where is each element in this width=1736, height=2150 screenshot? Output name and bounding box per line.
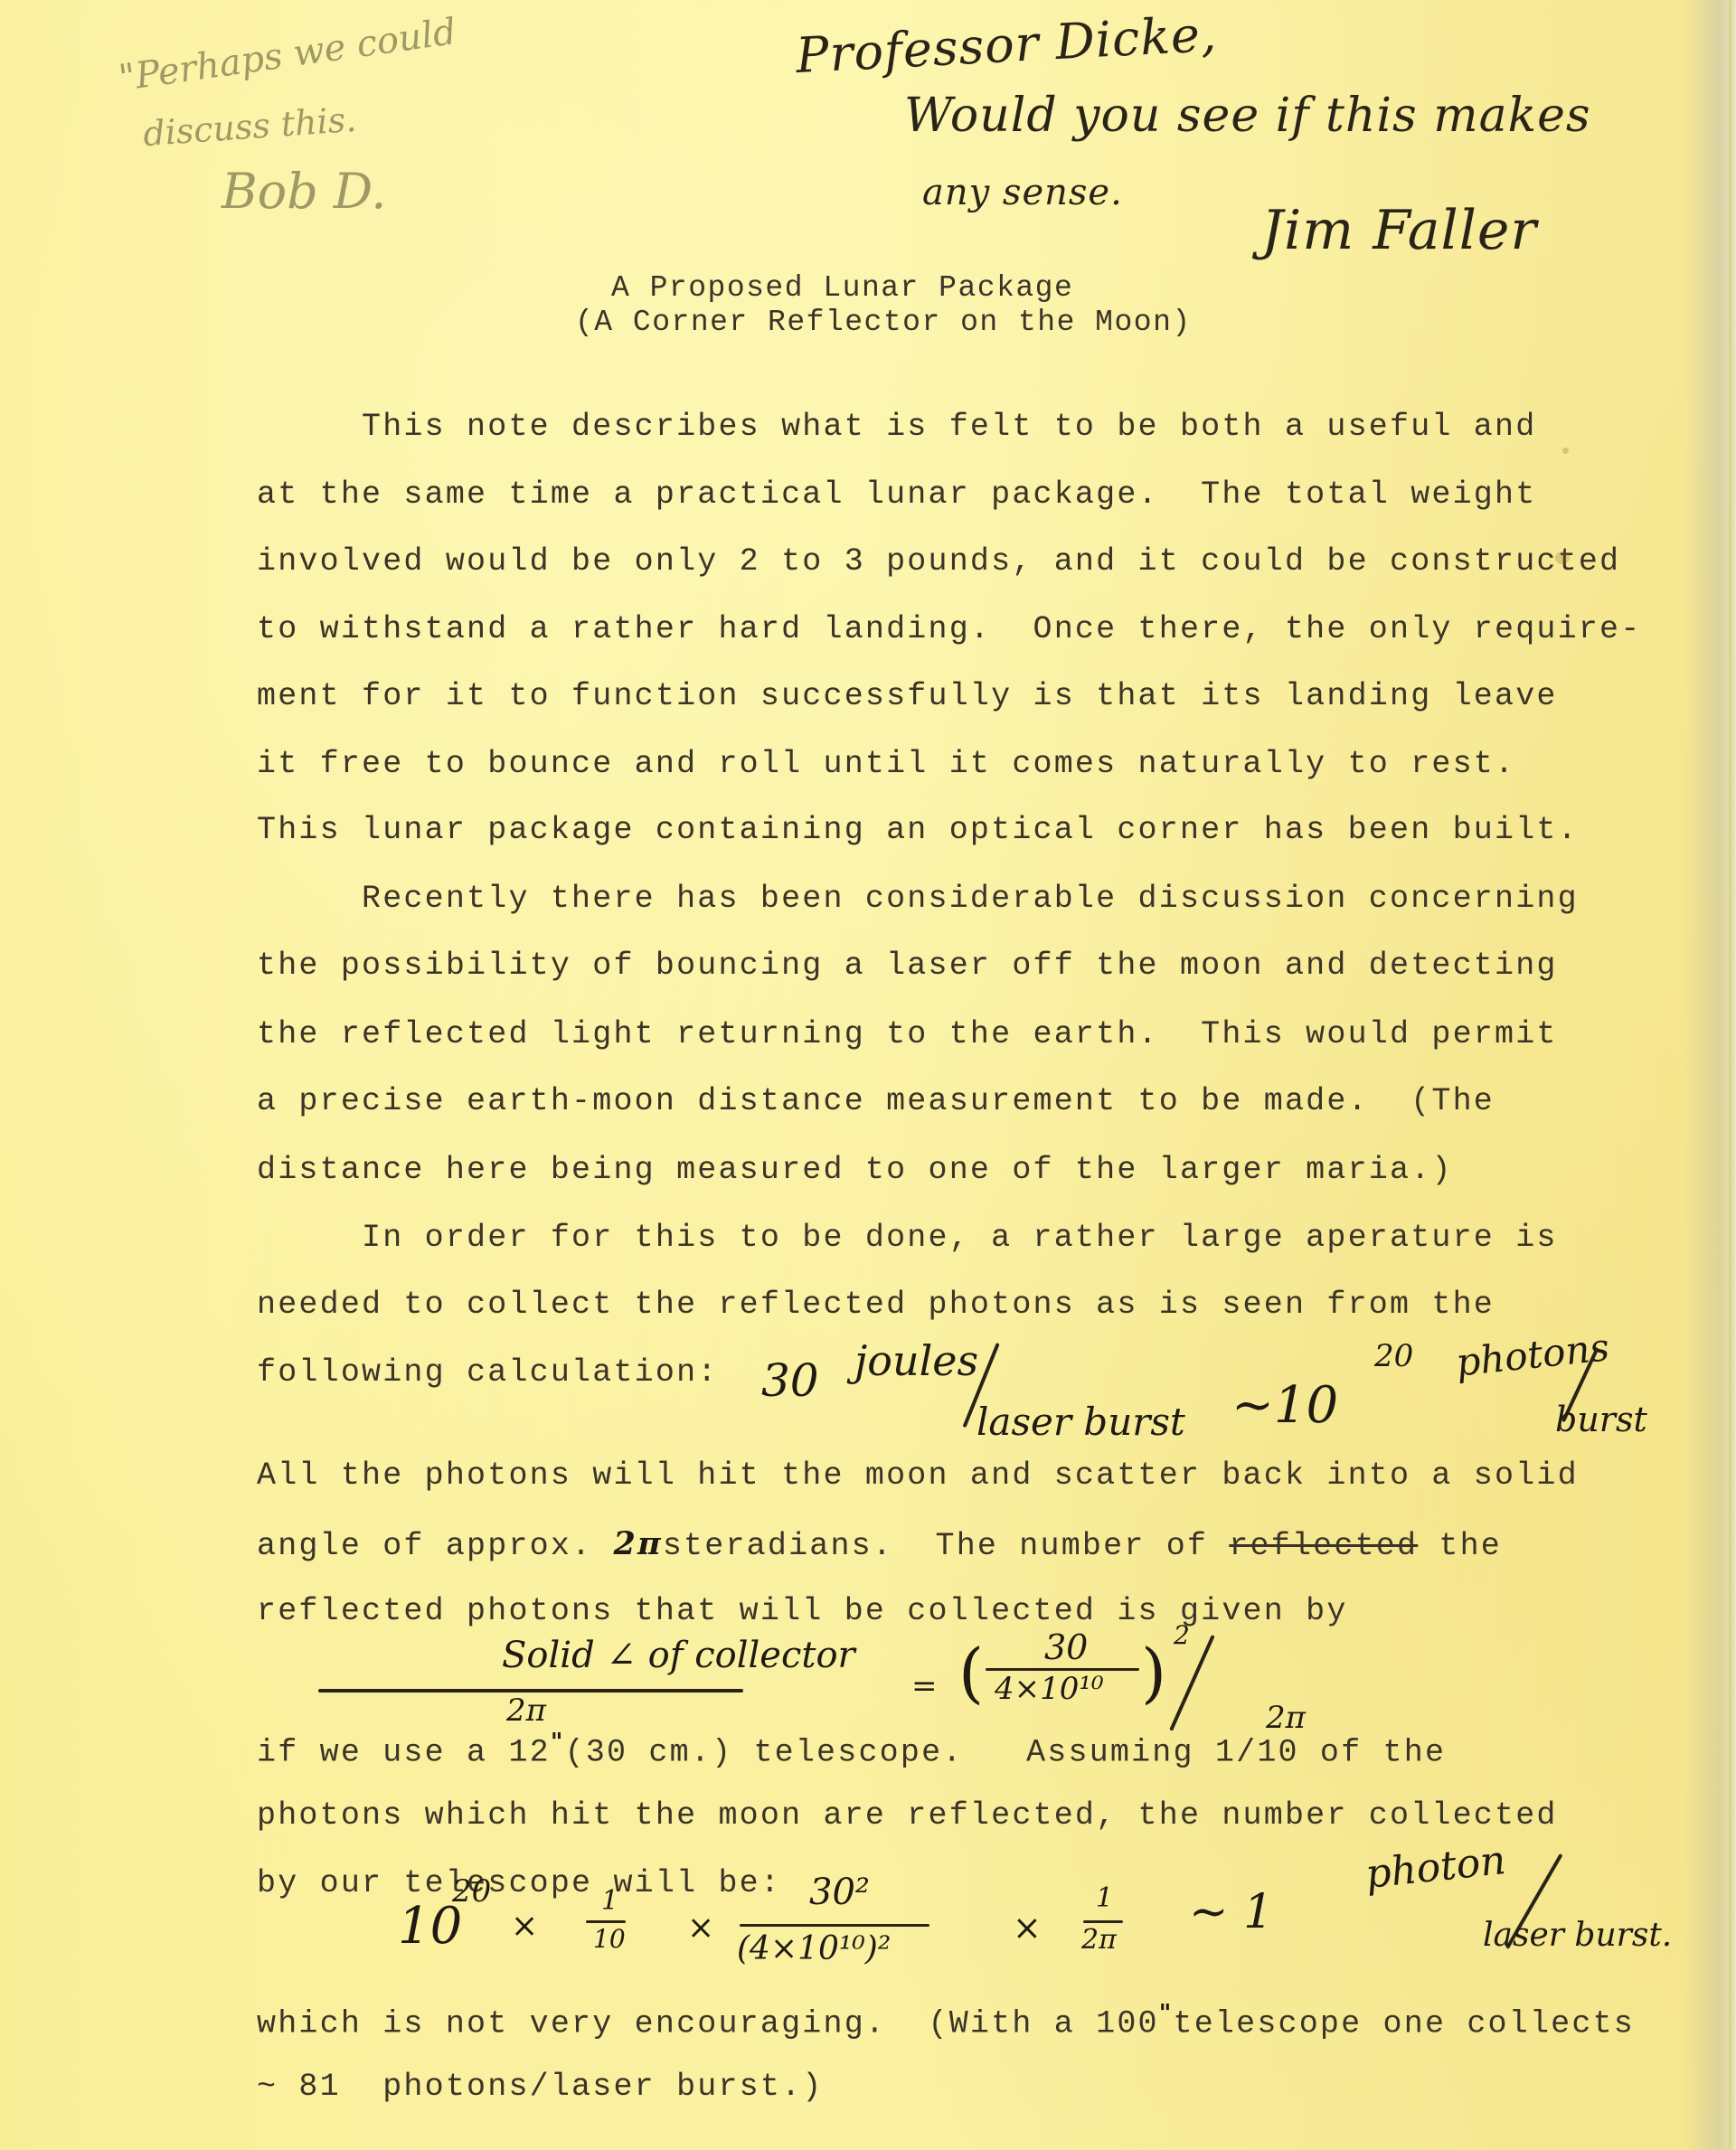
text-line: This note describes what is felt to be b… [257,409,1536,445]
handwritten-request-line2: any sense. [922,172,1123,213]
handwritten-inch-mark: " [551,1729,565,1756]
scanned-page: "Perhaps we could discuss this. Bob D. P… [0,0,1736,2150]
formula3-times: × [1013,1908,1042,1947]
formula2-open-paren: ( [958,1635,984,1711]
formula1-unit-numerator: joules [854,1336,978,1385]
text-segment: (30 cm.) telescope. Assuming 1/10 of the [565,1735,1447,1771]
text-line: if we use a 12"(30 cm.) telescope. Assum… [257,1729,1446,1771]
text-line: In order for this to be done, a rather l… [257,1220,1558,1256]
handwritten-inch-mark: " [1159,2000,1174,2027]
formula3-f3-numerator: 30² [809,1872,870,1913]
formula3-f2-denominator: 10 [593,1924,626,1954]
text-line: angle of approx. 2πsteradians. The numbe… [257,1525,1502,1564]
document-subtitle: (A Corner Reflector on the Moon) [575,306,1192,339]
formula3-approx: ~ 1 [1189,1885,1273,1939]
text-line: a precise earth-moon distance measuremen… [257,1083,1495,1119]
formula2-rhs-denominator: 4×10¹⁰ [995,1671,1104,1707]
text-line: This lunar package containing an optical… [257,812,1579,848]
paper-speck [1562,448,1569,454]
salutation: Professor Dicke, [795,5,1219,84]
text-line: at the same time a practical lunar packa… [257,476,1536,513]
text-line: ment for it to function successfully is … [257,678,1558,714]
text-line: ~ 81 photons/laser burst.) [257,2069,824,2105]
text-segment: the [1418,1528,1502,1564]
text-line: needed to collect the reflected photons … [257,1287,1495,1323]
formula2-lhs-numerator: Solid ∠ of collector [502,1635,855,1676]
formula1-exponent: 20 [1374,1338,1413,1374]
text-line: the reflected light returning to the ear… [257,1016,1558,1052]
handwritten-2pi: 2π [613,1525,662,1562]
formula3-result-numerator: photon [1363,1837,1508,1898]
formula3-f3-bar [740,1924,929,1927]
text-line: All the photons will hit the moon and sc… [257,1457,1579,1494]
handwritten-request-line1: Would you see if this makes [904,89,1591,143]
text-line: to withstand a rather hard landing. Once… [257,611,1641,647]
formula1-coefficient: 30 [761,1354,819,1407]
formula2-exponent: 2 [1174,1620,1190,1650]
pencil-note-line: discuss this. [142,99,358,154]
formula2-close-paren: ) [1141,1635,1166,1711]
formula3-result-denominator: laser burst. [1483,1917,1672,1954]
formula1-approx: ~10 [1231,1376,1338,1435]
struck-word: reflected [1229,1528,1418,1564]
paper-stain [1555,552,1570,564]
text-segment: steradians. The number of [663,1528,1230,1564]
formula3-f4-denominator: 2π [1081,1924,1117,1956]
text-line: Recently there has been considerable dis… [257,881,1579,917]
formula3-f4-bar [1083,1920,1123,1923]
text-line: by our telescope will be: [257,1865,781,1901]
page-edge [1729,0,1736,2150]
formula3-times: × [687,1910,714,1947]
formula1-result-numerator: photons [1454,1325,1611,1385]
formula1-unit-denominator: laser burst [976,1400,1185,1444]
pencil-note-line: "Perhaps we could [117,11,459,99]
formula3-f4-numerator: 1 [1096,1882,1113,1914]
formula2-equals: = [911,1668,938,1704]
signature: Jim Faller [1261,199,1537,262]
formula1-result-denominator: burst [1555,1400,1647,1439]
text-segment: telescope one collects [1174,2006,1635,2042]
formula3-exponent: 20 [452,1873,491,1910]
document-title: A Proposed Lunar Package [611,271,1073,305]
text-line: it free to bounce and roll until it come… [257,746,1515,782]
text-segment: if we use a 12 [257,1735,551,1771]
text-line: involved would be only 2 to 3 pounds, an… [257,543,1620,580]
formula3-f2-bar [586,1920,626,1923]
formula3-f2-numerator: 1 [601,1885,618,1917]
formula3-times: × [511,1908,538,1945]
text-segment: angle of approx. [257,1528,613,1564]
text-line: photons which hit the moon are reflected… [257,1797,1558,1834]
pencil-note-signature: Bob D. [222,163,386,220]
text-line: distance here being measured to one of t… [257,1152,1453,1188]
text-line: following calculation: [257,1354,718,1391]
formula3-f3-denominator: (4×10¹⁰)² [737,1930,891,1967]
text-segment: which is not very encouraging. (With a 1… [257,2006,1159,2042]
text-line: the possibility of bouncing a laser off … [257,948,1558,984]
text-line: which is not very encouraging. (With a 1… [257,2000,1635,2042]
formula2-rhs-numerator: 30 [1044,1627,1088,1667]
formula2-lhs-denominator: 2π [506,1693,546,1729]
